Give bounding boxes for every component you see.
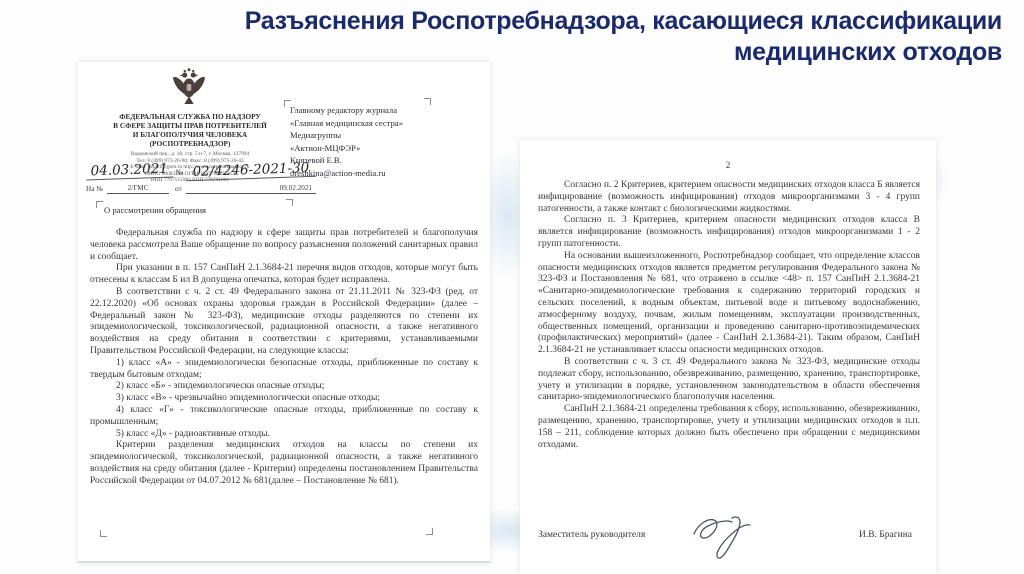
paragraph: 4) класс «Г» - токсикологические опасные… [90, 405, 478, 429]
incoming-date: 09.02.2021 [186, 184, 316, 194]
crop-mark [96, 201, 103, 208]
letter-subject: О рассмотрении обращения [104, 205, 206, 215]
outgoing-date-handwritten: 04.03.2021 [86, 160, 173, 180]
org-line: И БЛАГОПОЛУЧИЯ ЧЕЛОВЕКА [92, 130, 288, 139]
paragraph: 3) класс «В» - чрезвычайно эпидемиологич… [90, 393, 478, 405]
na-no-label: На № [86, 185, 107, 194]
signer-position: Заместитель руководителя [538, 530, 645, 540]
paragraph: На основании вышеизложенного, Роспотребн… [538, 251, 920, 357]
letter-body-page-1: Федеральная служба по надзору в сфере за… [90, 228, 478, 488]
signature-scribble-icon [688, 508, 768, 566]
paragraph: В соответствии с ч. 3 ст. 49 Федеральног… [538, 357, 920, 404]
paragraph: 5) класс «Д» - радиоактивные отходы. [90, 429, 478, 441]
paragraph: Критерии разделения медицинских отходов … [90, 440, 478, 487]
letter-page-1: ФЕДЕРАЛЬНАЯ СЛУЖБА ПО НАДЗОРУ В СФЕРЕ ЗА… [78, 62, 490, 563]
incoming-number: 2/ГМС [107, 184, 169, 194]
paragraph: Согласно п. 3 Критериев, критерием опасн… [538, 215, 920, 250]
org-line: ФЕДЕРАЛЬНАЯ СЛУЖБА ПО НАДЗОРУ [92, 112, 288, 121]
paragraph: 2) класс «Б» - эпидемиологически опасные… [90, 381, 478, 393]
paragraph: Федеральная служба по надзору в сфере за… [90, 228, 478, 263]
signature-row: Заместитель руководителя И.В. Брагина [538, 508, 920, 568]
paragraph: В соответствии с ч. 2 ст. 49 Федеральног… [90, 287, 478, 358]
outgoing-number-handwritten: 02/4246-2021-30 [186, 160, 316, 182]
letter-body-page-2: Согласно п. 2 Критериев, критерием опасн… [538, 180, 920, 451]
ot-label: от [169, 185, 186, 194]
letterhead-org-name: ФЕДЕРАЛЬНАЯ СЛУЖБА ПО НАДЗОРУ В СФЕРЕ ЗА… [92, 112, 288, 148]
crop-mark [100, 530, 107, 537]
slide-root: Разъяснения Роспотребнадзора, касающиеся… [0, 0, 1024, 574]
recipient-line: «Актион-МЦФЭР» [290, 142, 455, 155]
crop-mark [426, 528, 433, 535]
crop-mark [286, 199, 293, 206]
page-number: 2 [520, 160, 936, 170]
recipient-line: Медиагруппы [290, 129, 455, 142]
paragraph: При указании в п. 157 СанПиН 2.1.3684-21… [90, 263, 478, 287]
incoming-reference-row: На № 2/ГМС от 09.02.2021 [86, 184, 316, 194]
letter-page-2: 2 Согласно п. 2 Критериев, критерием опа… [520, 140, 936, 574]
paragraph: 1) класс «А» - эпидемиологически безопас… [90, 358, 478, 382]
recipient-line: «Главная медицинская сестра» [290, 117, 455, 130]
outgoing-reference-row: 04.03.2021 № 02/4246-2021-30 [86, 162, 316, 179]
address-line: Вадковский пер., д. 18, стр. 5 и 7, г. М… [92, 151, 288, 158]
signer-name: И.В. Брагина [859, 530, 912, 540]
paragraph: Согласно п. 2 Критериев, критерием опасн… [538, 180, 920, 215]
recipient-line: Главному редактору журнала [290, 104, 455, 117]
slide-title: Разъяснения Роспотребнадзора, касающиеся… [102, 6, 1002, 68]
paragraph: СанПиН 2.1.3684-21 определены требования… [538, 404, 920, 451]
number-sign: № [173, 168, 187, 179]
russian-coat-of-arms-icon [172, 67, 206, 107]
org-line: В СФЕРЕ ЗАЩИТЫ ПРАВ ПОТРЕБИТЕЛЕЙ [92, 121, 288, 130]
org-line: (РОСПОТРЕБНАДЗОР) [92, 139, 288, 148]
